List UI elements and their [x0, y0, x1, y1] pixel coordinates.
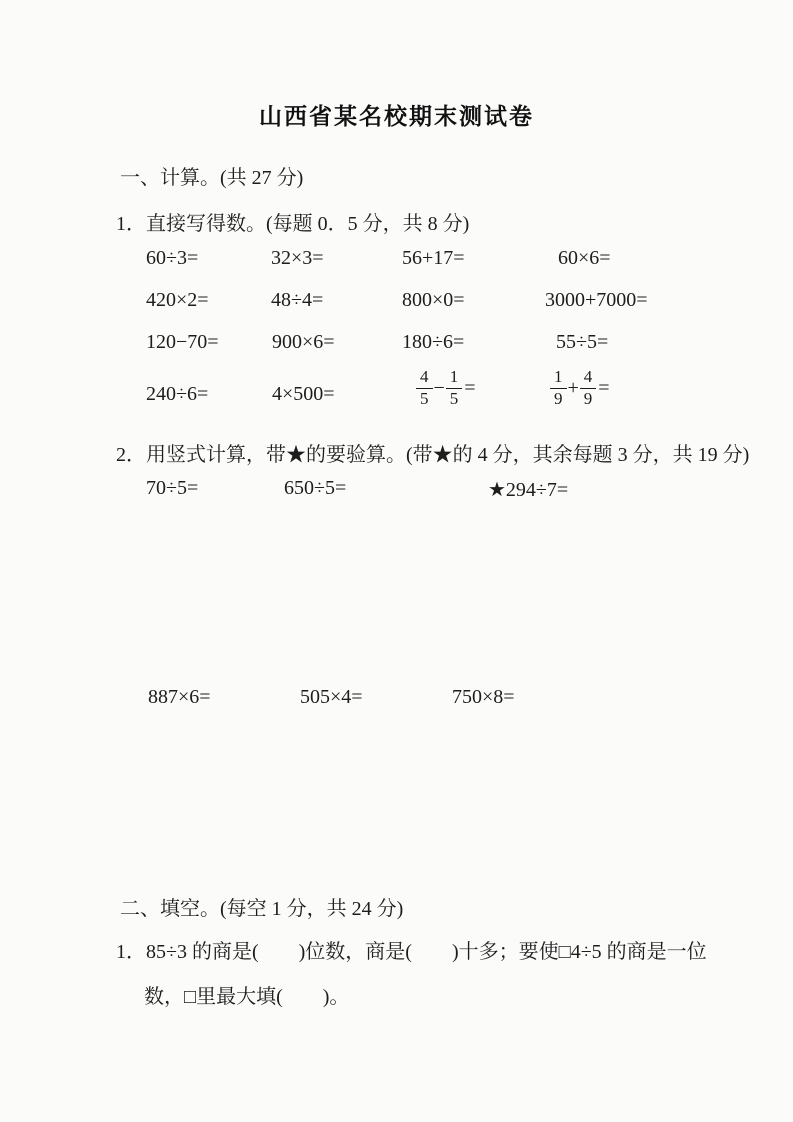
operator-minus: −	[434, 377, 445, 400]
operator-plus: +	[568, 377, 579, 400]
fraction-numerator: 1	[446, 368, 463, 389]
calc-item: 32×3=	[271, 247, 324, 270]
vertical-calc-item: 887×6=	[148, 686, 211, 709]
fraction-denominator: 9	[554, 389, 563, 409]
vertical-calc-item-starred: ★294÷7=	[488, 477, 568, 502]
vertical-calc-item: 750×8=	[452, 686, 515, 709]
fraction: 4 9	[580, 368, 597, 408]
section-one-heading: 一、计算。(共 27 分)	[120, 161, 303, 190]
fraction-denominator: 5	[420, 389, 429, 409]
fraction-numerator: 4	[580, 368, 597, 389]
fill-question-line2: 数，□里最大填( )。	[144, 980, 349, 1009]
calc-item: 240÷6=	[146, 383, 208, 406]
calc-item: 120−70=	[146, 331, 219, 354]
calc-item: 4×500=	[272, 383, 335, 406]
calc-item: 55÷5=	[556, 331, 608, 354]
calc-item: 56+17=	[402, 247, 465, 270]
equals-sign: =	[598, 377, 609, 400]
test-paper-page: 山西省某名校期末测试卷 一、计算。(共 27 分) 1．直接写得数。(每题 0．…	[0, 0, 793, 1122]
vertical-calc-item: 505×4=	[300, 686, 363, 709]
calc-item: 48÷4=	[271, 289, 323, 312]
calc-item: 60×6=	[558, 247, 611, 270]
q2-label: 2．用竖式计算，带★的要验算。(带★的 4 分，其余每题 3 分，共 19 分)	[116, 438, 749, 467]
fraction-expression-add: 1 9 + 4 9 =	[550, 368, 610, 408]
fraction: 1 9	[550, 368, 567, 408]
q1-label: 1．直接写得数。(每题 0．5 分，共 8 分)	[116, 207, 469, 236]
calc-item: 60÷3=	[146, 247, 198, 270]
calc-item: 420×2=	[146, 289, 209, 312]
vertical-calc-item: 650÷5=	[284, 477, 346, 500]
equals-sign: =	[464, 377, 475, 400]
fraction-numerator: 4	[416, 368, 433, 389]
fraction-expression-subtract: 4 5 − 1 5 =	[416, 368, 476, 408]
fraction: 1 5	[446, 368, 463, 408]
calc-item: 800×0=	[402, 289, 465, 312]
calc-item: 3000+7000=	[545, 289, 648, 312]
page-title: 山西省某名校期末测试卷	[0, 98, 793, 131]
fraction: 4 5	[416, 368, 433, 408]
calc-item: 900×6=	[272, 331, 335, 354]
fraction-denominator: 9	[584, 389, 593, 409]
vertical-calc-item: 70÷5=	[146, 477, 198, 500]
fill-question-line1: 1．85÷3 的商是( )位数，商是( )十多；要使□4÷5 的商是一位	[116, 935, 707, 964]
section-two-heading: 二、填空。(每空 1 分，共 24 分)	[120, 892, 403, 921]
calc-item: 180÷6=	[402, 331, 464, 354]
fraction-denominator: 5	[450, 389, 459, 409]
fraction-numerator: 1	[550, 368, 567, 389]
